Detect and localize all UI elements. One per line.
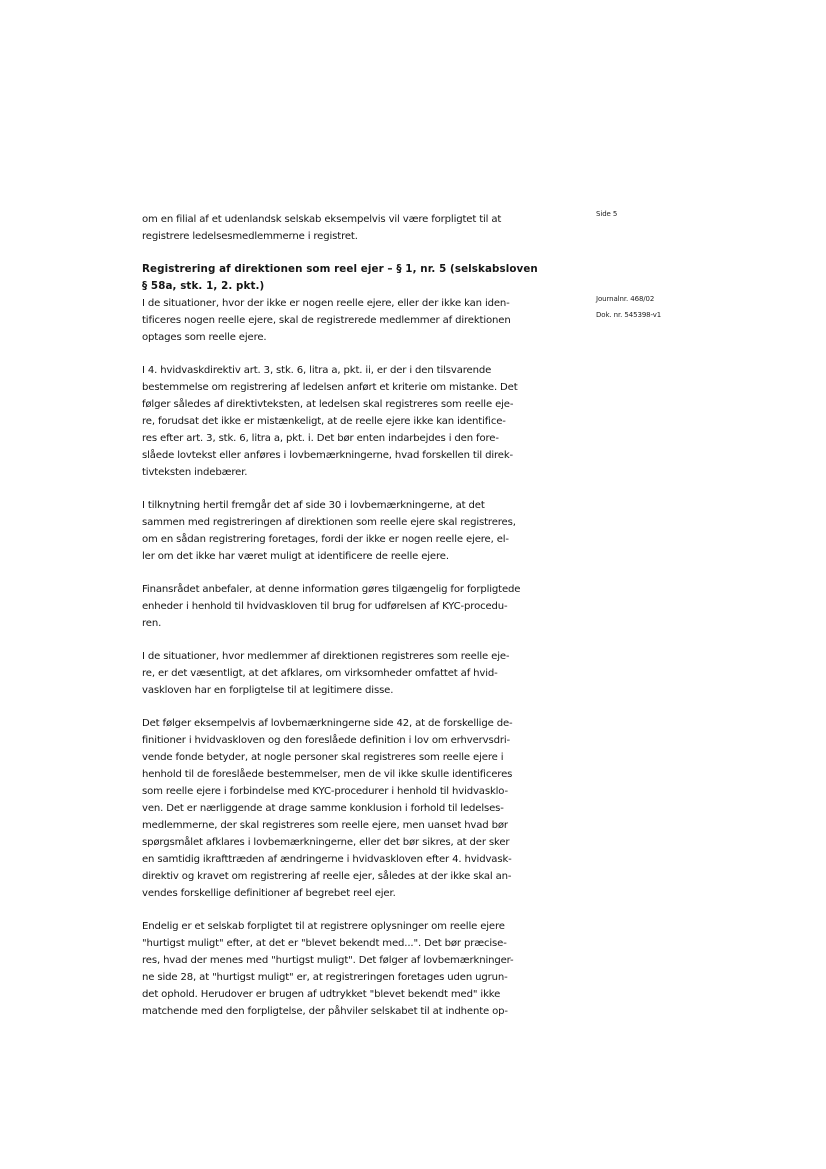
heading-line: § 58a, stk. 1, 2. pkt.) xyxy=(142,278,562,295)
text-line: re, er det væsentligt, at det afklares, … xyxy=(142,665,562,682)
text-line: spørgsmålet afklares i lovbemærkningerne… xyxy=(142,834,562,851)
page-indicator: Side 5 xyxy=(596,210,617,218)
text-line: en samtidig ikrafttræden af ændringerne … xyxy=(142,851,562,868)
text-line: enheder i henhold til hvidvaskloven til … xyxy=(142,598,562,615)
text-line: om en filial af et udenlandsk selskab ek… xyxy=(142,211,562,228)
text-line: finitioner i hvidvaskloven og den foresl… xyxy=(142,732,562,749)
text-line: følger således af direktivteksten, at le… xyxy=(142,396,562,413)
paragraph-2: I de situationer, hvor der ikke er nogen… xyxy=(142,295,562,346)
text-line: res, hvad der menes med "hurtigst muligt… xyxy=(142,952,562,969)
heading-line: Registrering af direktionen som reel eje… xyxy=(142,261,562,278)
section-heading: Registrering af direktionen som reel eje… xyxy=(142,261,562,295)
text-line: vaskloven har en forpligtelse til at leg… xyxy=(142,682,562,699)
text-line: direktiv og kravet om registrering af re… xyxy=(142,868,562,885)
text-line: om en sådan registrering foretages, ford… xyxy=(142,531,562,548)
text-line: tificeres nogen reelle ejere, skal de re… xyxy=(142,312,562,329)
text-line: Det følger eksempelvis af lovbemærkninge… xyxy=(142,715,562,732)
text-line: bestemmelse om registrering af ledelsen … xyxy=(142,379,562,396)
text-line: I de situationer, hvor der ikke er nogen… xyxy=(142,295,562,312)
paragraph-4: I tilknytning hertil fremgår det af side… xyxy=(142,497,562,565)
text-line: medlemmerne, der skal registreres som re… xyxy=(142,817,562,834)
text-line: I tilknytning hertil fremgår det af side… xyxy=(142,497,562,514)
text-line: det ophold. Herudover er brugen af udtry… xyxy=(142,986,562,1003)
text-line: I de situationer, hvor medlemmer af dire… xyxy=(142,648,562,665)
text-line: ren. xyxy=(142,615,562,632)
document-body: om en filial af et udenlandsk selskab ek… xyxy=(142,211,562,1036)
text-line: vendes forskellige definitioner af begre… xyxy=(142,885,562,902)
document-page: Side 5 Journalnr. 468/02 Dok. nr. 545398… xyxy=(0,0,826,1169)
text-line: optages som reelle ejere. xyxy=(142,329,562,346)
text-line: sammen med registreringen af direktionen… xyxy=(142,514,562,531)
text-line: "hurtigst muligt" efter, at det er "blev… xyxy=(142,935,562,952)
text-line: tivteksten indebærer. xyxy=(142,464,562,481)
text-line: vende fonde betyder, at nogle personer s… xyxy=(142,749,562,766)
text-line: henhold til de foreslåede bestemmelser, … xyxy=(142,766,562,783)
text-line: registrere ledelsesmedlemmerne i registr… xyxy=(142,228,562,245)
text-line: Endelig er et selskab forpligtet til at … xyxy=(142,918,562,935)
paragraph-3: I 4. hvidvaskdirektiv art. 3, stk. 6, li… xyxy=(142,362,562,481)
text-line: matchende med den forpligtelse, der påhv… xyxy=(142,1003,562,1020)
paragraph-1: om en filial af et udenlandsk selskab ek… xyxy=(142,211,562,245)
paragraph-8: Endelig er et selskab forpligtet til at … xyxy=(142,918,562,1020)
text-line: ven. Det er nærliggende at drage samme k… xyxy=(142,800,562,817)
text-line: slåede lovtekst eller anføres i lovbemær… xyxy=(142,447,562,464)
text-line: ne side 28, at "hurtigst muligt" er, at … xyxy=(142,969,562,986)
journal-number: Journalnr. 468/02 xyxy=(596,295,654,303)
text-line: I 4. hvidvaskdirektiv art. 3, stk. 6, li… xyxy=(142,362,562,379)
text-line: re, forudsat det ikke er mistænkeligt, a… xyxy=(142,413,562,430)
text-line: som reelle ejere i forbindelse med KYC-p… xyxy=(142,783,562,800)
document-number: Dok. nr. 545398-v1 xyxy=(596,311,661,319)
text-line: res efter art. 3, stk. 6, litra a, pkt. … xyxy=(142,430,562,447)
text-line: ler om det ikke har været muligt at iden… xyxy=(142,548,562,565)
paragraph-6: I de situationer, hvor medlemmer af dire… xyxy=(142,648,562,699)
paragraph-5: Finansrådet anbefaler, at denne informat… xyxy=(142,581,562,632)
text-line: Finansrådet anbefaler, at denne informat… xyxy=(142,581,562,598)
paragraph-7: Det følger eksempelvis af lovbemærkninge… xyxy=(142,715,562,902)
